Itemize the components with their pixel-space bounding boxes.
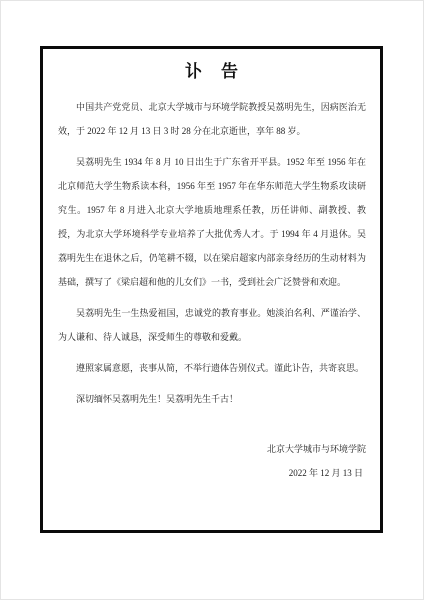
paragraph-mourning: 深切缅怀吴荔明先生！吴荔明先生千古！ [58, 387, 366, 411]
signature-organization: 北京大学城市与环境学院 [58, 437, 366, 461]
signature-block: 北京大学城市与环境学院 2022 年 12 月 13 日 [58, 437, 366, 485]
paragraph-tribute: 吴荔明先生一生热爱祖国，忠诚党的教育事业。她淡泊名利、严谨治学、为人谦和、待人诚… [58, 301, 366, 349]
paragraph-death-notice: 中国共产党党员、北京大学城市与环境学院教授吴荔明先生，因病医治无效，于 2022… [58, 95, 366, 143]
signature-date: 2022 年 12 月 13 日 [58, 461, 366, 485]
obituary-title: 讣 告 [58, 59, 366, 85]
paragraph-funeral-arrangements: 遵照家属意愿，丧事从简，不举行遗体告别仪式。谨此讣告，共寄哀思。 [58, 356, 366, 380]
paragraph-biography: 吴荔明先生 1934 年 8 月 10 日出生于广东省开平县。1952 年至 1… [58, 150, 366, 294]
obituary-frame: 讣 告 中国共产党党员、北京大学城市与环境学院教授吴荔明先生，因病医治无效，于 … [40, 46, 383, 533]
obituary-page: 讣 告 中国共产党党员、北京大学城市与环境学院教授吴荔明先生，因病医治无效，于 … [0, 0, 424, 600]
